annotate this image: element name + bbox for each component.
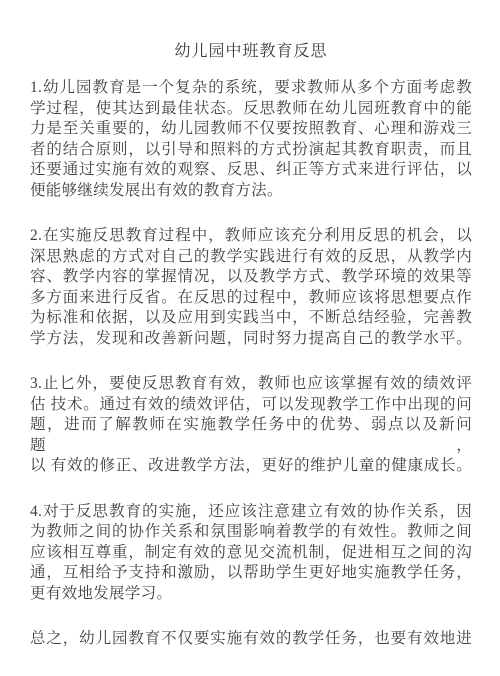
text-line: 2.在实施反思教育过程中，教师应该充分利用反思的机会，以 <box>30 226 472 247</box>
text-line: 估 技术。通过有效的绩效评估，可以发现教学工作中出现的问 <box>30 395 472 416</box>
document-page: 幼儿园中班教育反思 1.幼儿园教育是一个复杂的系统，要求教师从多个方面考虑教学过… <box>0 0 500 676</box>
text-line: 通，互相给予支持和激励，以帮助学生更好地实施教学任务， <box>30 563 472 584</box>
text-line: 为标准和依据，以及应用到实践当中，不断总结经验，完善教 <box>30 308 472 329</box>
text-line: 以 有效的修正、改进教学方法，更好的维护儿童的健康成长。 <box>30 456 472 477</box>
text-line: 学过程，使其达到最佳状态。反思教师在幼儿园班教育中的能 <box>30 99 472 120</box>
paragraph: 4.对于反思教育的实施，还应该注意建立有效的协作关系，因为教师之间的协作关系和氛… <box>30 502 472 605</box>
text-line: 还要通过实施有效的观察、反思、纠正等方式来进行评估，以 <box>30 160 472 181</box>
text-line: 力是至关重要的，幼儿园教师不仅要按照教育、心理和游戏三 <box>30 119 472 140</box>
paragraph: 3.止匕外，要使反思教育有效，教师也应该掌握有效的绩效评估 技术。通过有效的绩效… <box>30 374 472 477</box>
text-line: 深思熟虑的方式对自己的教学实践进行有效的反思，从教学内 <box>30 247 472 268</box>
text-line: 学方法，发现和改善新问题，同时努力提高自己的教学水平。 <box>30 329 472 350</box>
text-line: 便能够继续发展出有效的教育方法。 <box>30 181 472 202</box>
document-body: 1.幼儿园教育是一个复杂的系统，要求教师从多个方面考虑教学过程，使其达到最佳状态… <box>30 78 472 650</box>
paragraph: 2.在实施反思教育过程中，教师应该充分利用反思的机会，以深思熟虑的方式对自己的教… <box>30 226 472 349</box>
text-line: 总之，幼儿园教育不仅要实施有效的教学任务，也要有效地进 <box>30 629 472 650</box>
text-line: 4.对于反思教育的实施，还应该注意建立有效的协作关系，因 <box>30 502 472 523</box>
text-line: 题，进而了解教师在实施教学任务中的优势、弱点以及新问题， <box>30 415 472 456</box>
text-line: 1.幼儿园教育是一个复杂的系统，要求教师从多个方面考虑教 <box>30 78 472 99</box>
text-line: 者的结合原则，以引导和照料的方式扮演起其教育职责，而且 <box>30 140 472 161</box>
text-line: 3.止匕外，要使反思教育有效，教师也应该掌握有效的绩效评 <box>30 374 472 395</box>
document-title: 幼儿园中班教育反思 <box>30 41 472 63</box>
paragraph: 1.幼儿园教育是一个复杂的系统，要求教师从多个方面考虑教学过程，使其达到最佳状态… <box>30 78 472 201</box>
text-line: 多方面来进行反省。在反思的过程中，教师应该将思想要点作 <box>30 288 472 309</box>
text-line: 为教师之间的协作关系和氛围影响着教学的有效性。教师之间 <box>30 522 472 543</box>
paragraph: 总之，幼儿园教育不仅要实施有效的教学任务，也要有效地进 <box>30 629 472 650</box>
text-line: 更有效地发展学习。 <box>30 584 472 605</box>
text-line: 容、教学内容的掌握情况，以及教学方式、教学环境的效果等 <box>30 267 472 288</box>
text-line: 应该相互尊重，制定有效的意见交流机制，促进相互之间的沟 <box>30 543 472 564</box>
